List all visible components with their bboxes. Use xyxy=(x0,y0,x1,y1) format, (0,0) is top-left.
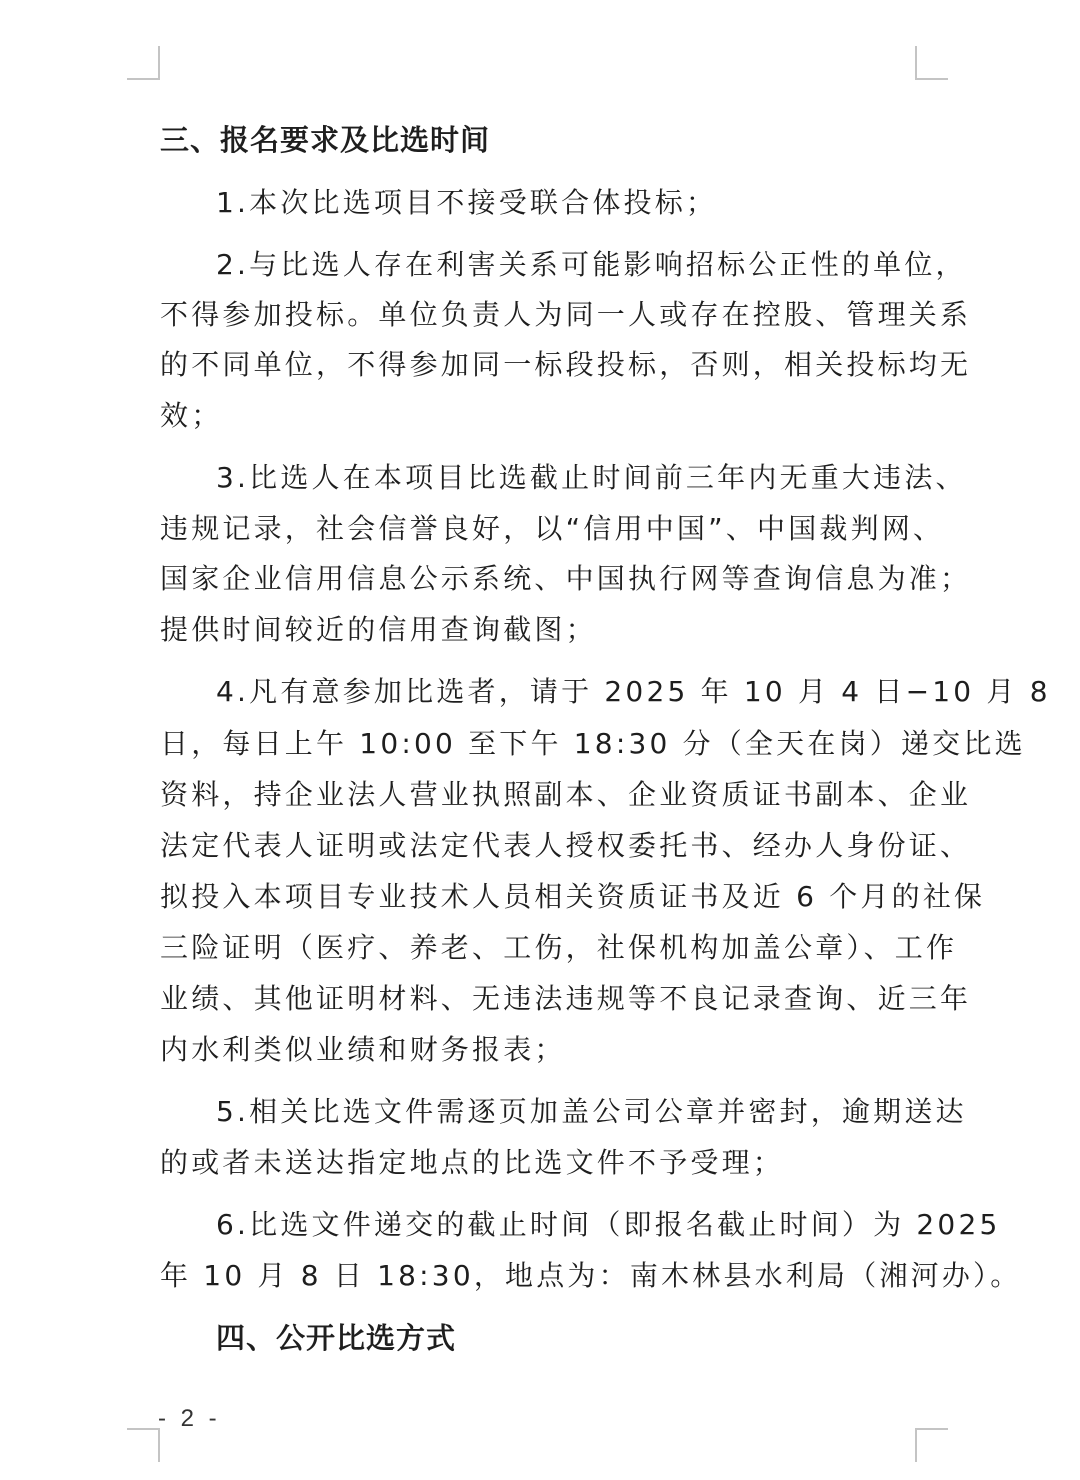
paragraph-line: 3.比选人在本项目比选截止时间前三年内无重大违法、 xyxy=(216,460,967,496)
paragraph-line: 不得参加投标。单位负责人为同一人或存在控股、管理关系 xyxy=(160,297,971,333)
paragraph-line: 1.本次比选项目不接受联合体投标； xyxy=(216,185,717,221)
paragraph-line: 三险证明（医疗、养老、工伤，社保机构加盖公章）、工作 xyxy=(160,930,957,966)
paragraph-line: 年 10 月 8 日 18:30，地点为：南木林县水利局（湘河办）。 xyxy=(160,1258,1021,1294)
paragraph-line: 5.相关比选文件需逐页加盖公司公章并密封，逾期送达 xyxy=(216,1094,967,1130)
paragraph-line: 法定代表人证明或法定代表人授权委托书、经办人身份证、 xyxy=(160,828,971,864)
paragraph-line: 的或者未送达指定地点的比选文件不予受理； xyxy=(160,1145,784,1181)
paragraph-line: 日，每日上午 10:00 至下午 18:30 分（全天在岗）递交比选 xyxy=(160,726,1026,762)
crop-mark-bottom-left xyxy=(127,1428,160,1462)
section-heading-3: 三、报名要求及比选时间 xyxy=(160,122,490,158)
crop-mark-top-left xyxy=(127,46,160,80)
paragraph-line: 资料，持企业法人营业执照副本、企业资质证书副本、企业 xyxy=(160,777,971,813)
paragraph-line: 2.与比选人存在利害关系可能影响招标公正性的单位， xyxy=(216,247,967,283)
paragraph-line: 4.凡有意参加比选者，请于 2025 年 10 月 4 日−10 月 8 xyxy=(216,674,1051,710)
paragraph-line: 提供时间较近的信用查询截图； xyxy=(160,612,597,648)
paragraph-line: 效； xyxy=(160,398,222,434)
crop-mark-bottom-right xyxy=(915,1428,948,1462)
paragraph-line: 业绩、其他证明材料、无违法违规等不良记录查询、近三年 xyxy=(160,981,971,1017)
page-number: - 2 - xyxy=(158,1404,221,1434)
crop-mark-top-right xyxy=(915,46,948,80)
paragraph-line: 6.比选文件递交的截止时间（即报名截止时间）为 2025 xyxy=(216,1207,1000,1243)
paragraph-line: 违规记录，社会信誉良好，以“信用中国”、中国裁判网、 xyxy=(160,511,944,547)
section-heading-4: 四、公开比选方式 xyxy=(216,1320,456,1356)
paragraph-line: 的不同单位，不得参加同一标段投标，否则，相关投标均无 xyxy=(160,347,971,383)
paragraph-line: 国家企业信用信息公示系统、中国执行网等查询信息为准； xyxy=(160,561,971,597)
paragraph-line: 拟投入本项目专业技术人员相关资质证书及近 6 个月的社保 xyxy=(160,879,985,915)
paragraph-line: 内水利类似业绩和财务报表； xyxy=(160,1032,566,1068)
